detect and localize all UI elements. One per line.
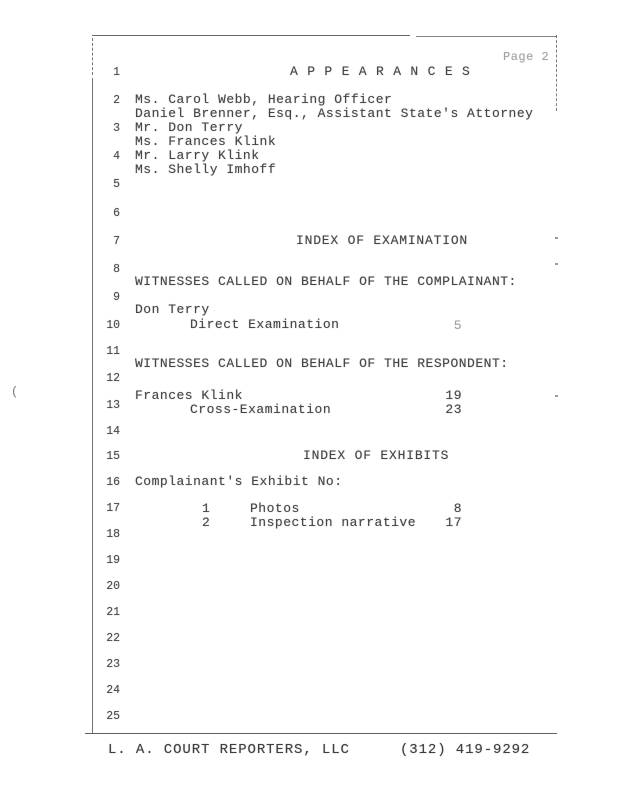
exhibits-index-heading: INDEX OF EXHIBITS xyxy=(303,448,449,463)
line-number: 24 xyxy=(96,684,120,697)
line-number: 4 xyxy=(96,150,120,163)
line-number: 15 xyxy=(96,450,120,463)
line-number: 8 xyxy=(96,263,120,276)
exhibit-description: Inspection narrative xyxy=(250,515,416,530)
exhibit-number: 2 xyxy=(202,515,210,530)
line-number: 19 xyxy=(96,554,120,567)
transcript-page: ( Page 2 1234567891011121314151617181920… xyxy=(0,0,618,800)
line-number: 20 xyxy=(96,580,120,593)
scan-artifact-tick xyxy=(555,263,558,265)
line-number: 18 xyxy=(96,528,120,541)
line-number: 7 xyxy=(96,235,120,248)
line-number: 17 xyxy=(96,502,120,515)
exhibit-page-number: 8 xyxy=(428,501,462,516)
line-number: 6 xyxy=(96,207,120,220)
appearance-name: Ms. Frances Klink xyxy=(135,134,276,149)
exhibit-number: 1 xyxy=(202,501,210,516)
scan-artifact-mark: ( xyxy=(11,385,18,399)
page-number-label: Page 2 xyxy=(503,50,549,64)
box-border-bottom xyxy=(85,733,557,734)
examination-type: Cross-Examination xyxy=(190,402,331,417)
box-border-left-dashed xyxy=(92,38,93,75)
appearances-heading: A P P E A R A N C E S xyxy=(290,64,471,79)
exhibit-description: Photos xyxy=(250,501,300,516)
scan-artifact-tick xyxy=(555,237,558,239)
line-number: 1 xyxy=(96,66,120,79)
line-number: 14 xyxy=(96,425,120,438)
court-reporter-phone: (312) 419-9292 xyxy=(400,742,530,758)
box-border-top xyxy=(92,35,410,36)
appearance-name: Ms. Shelly Imhoff xyxy=(135,162,276,177)
examination-type: Direct Examination xyxy=(190,317,339,332)
line-number: 3 xyxy=(96,122,120,135)
appearance-name: Mr. Don Terry xyxy=(135,120,243,135)
scan-artifact-tick xyxy=(555,395,558,397)
line-number: 11 xyxy=(96,345,120,358)
appearance-name: Ms. Carol Webb, Hearing Officer xyxy=(135,92,392,107)
appearance-name: Mr. Larry Klink xyxy=(135,148,260,163)
exhibit-page-number: 17 xyxy=(428,515,462,530)
appearance-name: Daniel Brenner, Esq., Assistant State's … xyxy=(135,106,533,121)
line-number: 16 xyxy=(96,476,120,489)
exhibits-owner-label: Complainant's Exhibit No: xyxy=(135,474,343,489)
court-reporter-name: L. A. COURT REPORTERS, LLC xyxy=(108,742,350,758)
line-number: 21 xyxy=(96,606,120,619)
complainant-witnesses-title: WITNESSES CALLED ON BEHALF OF THE COMPLA… xyxy=(135,274,517,289)
witness-page-number: 19 xyxy=(428,388,462,403)
line-number: 5 xyxy=(96,178,120,191)
line-number: 13 xyxy=(96,399,120,412)
examination-page-number: 5 xyxy=(428,318,462,333)
witness-name: Don Terry xyxy=(135,302,210,317)
line-number: 9 xyxy=(96,291,120,304)
box-border-top-right xyxy=(416,36,557,37)
witness-name: Frances Klink xyxy=(135,388,243,403)
line-number: 25 xyxy=(96,710,120,723)
line-number: 22 xyxy=(96,632,120,645)
line-number: 10 xyxy=(96,319,120,332)
respondent-witnesses-title: WITNESSES CALLED ON BEHALF OF THE RESPON… xyxy=(135,356,509,371)
line-number: 2 xyxy=(96,94,120,107)
examination-page-number: 23 xyxy=(428,402,462,417)
box-border-left xyxy=(92,78,93,733)
line-number: 12 xyxy=(96,372,120,385)
box-border-right-dashed xyxy=(556,35,557,111)
examination-index-heading: INDEX OF EXAMINATION xyxy=(296,233,468,248)
line-number: 23 xyxy=(96,658,120,671)
